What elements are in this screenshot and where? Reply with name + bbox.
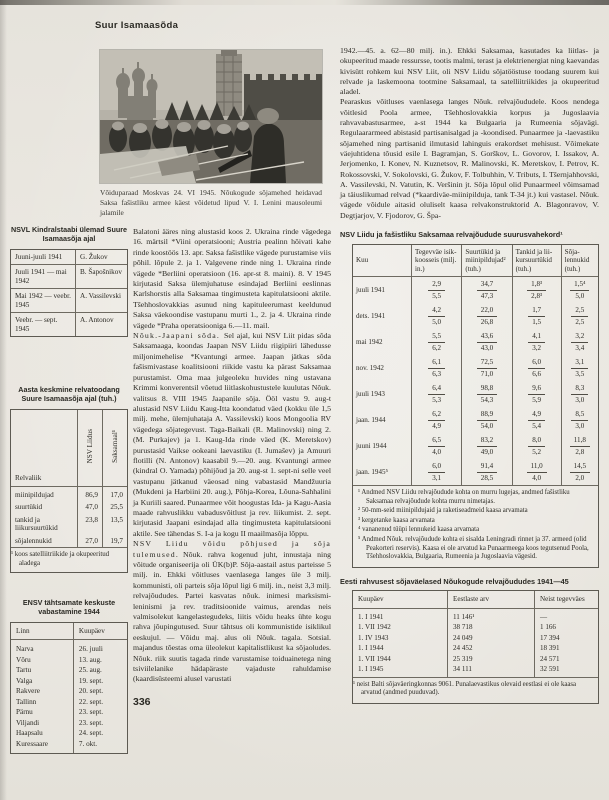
active-cell: 24 571 bbox=[535, 654, 599, 665]
forces-row: mai 19425,56,243,643,04,13,23,23,4 bbox=[353, 329, 598, 355]
table-footnote: ¹ Andmed NSV Liidu relvajõudude kohta on… bbox=[358, 489, 593, 506]
encyclopedia-page: Suur Isamaasõda bbox=[0, 0, 609, 800]
fraction-value: 98,854,3 bbox=[477, 384, 497, 404]
liberation-row: Rakvere20. sept. bbox=[11, 686, 127, 696]
value-cell: 4,95,4 bbox=[512, 407, 561, 433]
germany-value: 54,0 bbox=[477, 421, 497, 431]
fraction-value: 6,24,9 bbox=[428, 410, 445, 430]
fraction-value: 88,954,0 bbox=[477, 410, 497, 430]
city-cell: Kuressaare bbox=[11, 739, 73, 753]
table-footnote: ² 50-mm-seid miinipildujaid ja raketisea… bbox=[358, 507, 593, 516]
ussr-value: 4,1 bbox=[528, 332, 545, 343]
ussr-value: 4,9 bbox=[528, 410, 545, 421]
germany-value: 5,5 bbox=[428, 291, 445, 301]
germany-value: 4,0 bbox=[428, 447, 445, 457]
liberation-row: Haapsalu24. sept. bbox=[11, 728, 127, 738]
ussr-value: 8,0 bbox=[528, 436, 545, 447]
germany-value: 49,0 bbox=[477, 447, 497, 457]
value-cell: 8,05,2 bbox=[512, 433, 561, 459]
fraction-value: 8,53,0 bbox=[571, 410, 588, 430]
estonian-soldiers-row: 1. I 194424 45218 391 bbox=[353, 643, 598, 654]
estonian-soldiers-row: 1. VII 194238 7181 166 bbox=[353, 622, 598, 633]
month-cell: mai 1942 bbox=[353, 329, 412, 355]
date-cell: 22. sept. bbox=[73, 697, 127, 707]
estonian-soldiers-row: 1. I 194111 146¹— bbox=[353, 608, 598, 622]
estonian-soldiers-row: 1. VII 194425 31924 571 bbox=[353, 654, 598, 665]
value-cell: 8,33,0 bbox=[561, 381, 598, 407]
liberation-row: Kuressaare7. okt. bbox=[11, 739, 127, 753]
section-lead: Nõuk.-Jaapani sõda. bbox=[133, 331, 220, 340]
germany-cell: 17,0 bbox=[103, 486, 128, 501]
forces-row: jaan. 19446,24,988,954,04,95,48,53,0 bbox=[353, 407, 598, 433]
value-cell: 11,04,0 bbox=[512, 459, 561, 485]
general-staff-title: NSVL Kindralstaabi ülemad Suure Isamaasõ… bbox=[10, 225, 128, 244]
germany-value: 3,4 bbox=[571, 343, 588, 353]
month-cell: jaan. 1944 bbox=[353, 407, 412, 433]
running-head: Suur Isamaasõda bbox=[95, 20, 178, 31]
liberation-dates-header-row: LinnKuupäev bbox=[11, 623, 127, 640]
fraction-value: 6,54,0 bbox=[428, 436, 445, 456]
fraction-value: 6,03,1 bbox=[428, 462, 445, 482]
month-cell: dets. 1941 bbox=[353, 303, 412, 329]
germany-value: 2,8 bbox=[570, 447, 590, 457]
germany-value: 6,6 bbox=[528, 369, 545, 379]
fraction-value: 3,13,5 bbox=[571, 358, 588, 378]
ussr-value: 8,5 bbox=[571, 410, 588, 421]
rotated-header-label: NSV Liidus bbox=[86, 429, 94, 463]
city-cell: Tallinn bbox=[11, 697, 73, 707]
paragraph-european-war-end: Balatoni ääres ning alustasid koos 2. Uk… bbox=[133, 227, 331, 331]
weapons-production-box: Aasta keskmine relvatoodang Suure Isamaa… bbox=[10, 385, 128, 573]
count-cell: 34 111 bbox=[448, 664, 535, 677]
weapon-type-cell: sõjalennukid bbox=[11, 535, 78, 547]
name-cell: A. Vassilevski bbox=[76, 289, 128, 313]
production-row: sõjalennukid27,019,7 bbox=[11, 535, 127, 547]
fraction-value: 8,05,2 bbox=[528, 436, 545, 456]
ussr-value: 98,8 bbox=[477, 384, 497, 395]
date-cell: 24. sept. bbox=[73, 728, 127, 738]
germany-value: 54,3 bbox=[477, 395, 497, 405]
ussr-value: 6,0 bbox=[428, 462, 445, 473]
fraction-value: 9,65,9 bbox=[528, 384, 545, 404]
paragraph-victory-causes: NSV Liidu võidu põhjused ja sõja tulemus… bbox=[133, 539, 331, 685]
estonian-soldiers-table-caption: Eesti rahvusest sõjaväelased Nõukogude r… bbox=[340, 577, 599, 587]
germany-value: 3,0 bbox=[571, 395, 588, 405]
ussr-value: 43,6 bbox=[477, 332, 497, 343]
ussr-value: 2,9 bbox=[428, 280, 445, 291]
estonian-soldiers-table: KuupäevEestlaste arvNeist tegevväes 1. I… bbox=[352, 590, 599, 704]
general-staff-table: Juuni-juuli 1941G. ŽukovJuuli 1941 — mai… bbox=[10, 249, 128, 337]
ussr-cell: 27,0 bbox=[78, 535, 103, 547]
fraction-value: 14,52,0 bbox=[570, 462, 590, 482]
table-footnote: ³ kergetanke kaasa arvamata bbox=[358, 517, 593, 526]
value-cell: 14,52,0 bbox=[561, 459, 598, 485]
value-cell: 8,53,0 bbox=[561, 407, 598, 433]
table-footnote: ⁵ Andmed Nõuk. relvajõudude kohta ei sis… bbox=[358, 536, 593, 562]
city-cell: Võru bbox=[11, 655, 73, 665]
ussr-value: 5,5 bbox=[428, 332, 445, 343]
germany-cell: 25,5 bbox=[103, 501, 128, 513]
fraction-value: 1,5⁴5,0 bbox=[570, 280, 589, 300]
germany-value: 5,9 bbox=[528, 395, 545, 405]
fraction-value: 4,13,2 bbox=[528, 332, 545, 352]
paragraph-text: Sel ajal, kui NSV Liit pidas sõda Saksam… bbox=[133, 331, 331, 538]
column-header: Linn bbox=[11, 623, 73, 640]
paragraph-commanders: Pearaskus võitluses vaenlasega langes Nõ… bbox=[340, 97, 599, 221]
count-cell: 24 452 bbox=[448, 643, 535, 654]
value-cell: 9,65,9 bbox=[512, 381, 561, 407]
germany-value: 4,9 bbox=[428, 421, 445, 431]
general-staff-box: NSVL Kindralstaabi ülemad Suure Isamaasõ… bbox=[10, 225, 128, 337]
column-header: Sõja­lennu­kid (tuh.) bbox=[561, 245, 598, 277]
germany-value: 4,0 bbox=[527, 473, 547, 483]
fraction-value: 11,04,0 bbox=[527, 462, 547, 482]
ussr-value: 1,5⁴ bbox=[570, 280, 589, 291]
weapons-production-header-row: RelvaliikNSV LiidusSaksamaal¹ bbox=[11, 410, 127, 487]
germany-value: 71,0 bbox=[477, 369, 497, 379]
date-cell: 13. aug. bbox=[73, 655, 127, 665]
value-cell: 22,026,8 bbox=[462, 303, 512, 329]
fraction-value: 2,95,5 bbox=[428, 280, 445, 300]
liberation-dates-box: ENSV tähtsamate keskuste vabastamine 194… bbox=[10, 598, 128, 754]
weapon-type-cell: suurtükid bbox=[11, 501, 78, 513]
liberation-row: Pärnu23. sept. bbox=[11, 707, 127, 717]
date-cell: 1. VII 1944 bbox=[353, 654, 448, 665]
germany-value: 5,0 bbox=[428, 317, 445, 327]
ussr-value: 6,2 bbox=[428, 410, 445, 421]
ussr-value: 2,5 bbox=[571, 306, 588, 317]
value-cell: 91,428,5 bbox=[462, 459, 512, 485]
value-cell: 11,82,8 bbox=[561, 433, 598, 459]
fraction-value: 8,33,0 bbox=[571, 384, 588, 404]
germany-value: 3,0 bbox=[571, 421, 588, 431]
name-cell: G. Žukov bbox=[76, 250, 128, 265]
ussr-cell: 86,9 bbox=[78, 486, 103, 501]
paragraph-war-industry: 1942.—45. a. 62—80 milj. in.). Ehkki Sak… bbox=[340, 46, 599, 97]
germany-cell: 13,5 bbox=[103, 514, 128, 535]
date-cell: 20. sept. bbox=[73, 686, 127, 696]
page-number: 336 bbox=[133, 697, 331, 707]
paragraph-text: Nõuk. rahva kogenud juht, innustaja ning… bbox=[133, 550, 331, 684]
column-header: Kuu bbox=[353, 245, 412, 277]
photo-caption: Võiduparaad Moskvas 24. VI 1945. Nõukogu… bbox=[100, 188, 322, 217]
value-cell: 1,5⁴5,0 bbox=[561, 277, 598, 304]
forces-row: juuli 19436,45,398,854,39,65,98,33,0 bbox=[353, 381, 598, 407]
germany-value: 2,5 bbox=[571, 317, 588, 327]
period-cell: Juuni-juuli 1941 bbox=[11, 250, 76, 265]
active-cell: 18 391 bbox=[535, 643, 599, 654]
paragraph-soviet-japanese-war: Nõuk.-Jaapani sõda.Sel ajal, kui NSV Lii… bbox=[133, 331, 331, 539]
forces-ratio-footnotes: ¹ Andmed NSV Liidu relvajõudude kohta on… bbox=[353, 485, 598, 567]
article-text-column: Balatoni ääres ning alustasid koos 2. Uk… bbox=[133, 227, 331, 707]
fraction-value: 1,8³2,8³ bbox=[527, 280, 546, 300]
city-cell: Pärnu bbox=[11, 707, 73, 717]
city-cell: Rakvere bbox=[11, 686, 73, 696]
scan-edge-artifact-left bbox=[0, 0, 7, 800]
ussr-value: 8,3 bbox=[571, 384, 588, 395]
city-cell: Valga bbox=[11, 676, 73, 686]
fraction-value: 3,23,4 bbox=[571, 332, 588, 352]
column-header: NSV Liidus bbox=[78, 410, 103, 487]
liberation-dates-title: ENSV tähtsamate keskuste vabastamine 194… bbox=[10, 598, 128, 617]
value-cell: 3,13,5 bbox=[561, 355, 598, 381]
period-cell: Mai 1942 — veebr. 1945 bbox=[11, 289, 76, 313]
column-header: Kuupäev bbox=[73, 623, 127, 640]
city-cell: Tartu bbox=[11, 665, 73, 675]
rotated-header-label: Saksamaal¹ bbox=[111, 430, 119, 463]
liberation-row: Tartu25. aug. bbox=[11, 665, 127, 675]
estonian-soldiers-header-row: KuupäevEestlaste arvNeist tegevväes bbox=[353, 591, 598, 608]
ussr-value: 4,2 bbox=[428, 306, 445, 317]
ussr-value: 1,8³ bbox=[527, 280, 546, 291]
weapons-production-table: RelvaliikNSV LiidusSaksamaal¹ miinipildu… bbox=[10, 409, 128, 574]
ussr-value: 6,1 bbox=[428, 358, 445, 369]
date-cell: 26. juuli bbox=[73, 640, 127, 655]
count-cell: 25 319 bbox=[448, 654, 535, 665]
ussr-value: 3,1 bbox=[571, 358, 588, 369]
estonian-soldiers-footnote: ¹ neist Balti sõjaväeringkonnas 9061. Pu… bbox=[353, 677, 598, 702]
city-cell: Haapsalu bbox=[11, 728, 73, 738]
ussr-value: 9,6 bbox=[528, 384, 545, 395]
fraction-value: 72,571,0 bbox=[477, 358, 497, 378]
value-cell: 1,8³2,8³ bbox=[512, 277, 561, 304]
ussr-value: 1,7 bbox=[528, 306, 545, 317]
value-cell: 2,52,5 bbox=[561, 303, 598, 329]
value-cell: 2,95,5 bbox=[412, 277, 462, 304]
ussr-value: 11,8 bbox=[570, 436, 590, 447]
value-cell: 3,23,4 bbox=[561, 329, 598, 355]
ussr-value: 14,5 bbox=[570, 462, 590, 473]
forces-ratio-header-row: KuuTegev­väe isik­koos­seis (milj. in.)S… bbox=[353, 245, 598, 277]
value-cell: 6,16,3 bbox=[412, 355, 462, 381]
liberation-dates-table: LinnKuupäev Narva26. juuliVõru13. aug.Ta… bbox=[10, 622, 128, 754]
fraction-value: 5,56,2 bbox=[428, 332, 445, 352]
fraction-value: 6,06,6 bbox=[528, 358, 545, 378]
date-cell: 1. I 1945 bbox=[353, 664, 448, 677]
value-cell: 98,854,3 bbox=[462, 381, 512, 407]
date-cell: 1. IV 1943 bbox=[353, 633, 448, 644]
fraction-value: 6,45,3 bbox=[428, 384, 445, 404]
fraction-value: 43,643,0 bbox=[477, 332, 497, 352]
value-cell: 83,249,0 bbox=[462, 433, 512, 459]
germany-value: 28,5 bbox=[477, 473, 497, 483]
production-row: suurtükid47,025,5 bbox=[11, 501, 127, 513]
fraction-value: 11,82,8 bbox=[570, 436, 590, 456]
germany-value: 26,8 bbox=[477, 317, 497, 327]
germany-value: 3,5 bbox=[571, 369, 588, 379]
liberation-row: Narva26. juuli bbox=[11, 640, 127, 655]
ussr-value: 6,5 bbox=[428, 436, 445, 447]
column-header: Relvaliik bbox=[11, 410, 78, 487]
value-cell: 43,643,0 bbox=[462, 329, 512, 355]
staff-chief-row: Veebr. — sept. 1945A. Antonov bbox=[11, 313, 127, 336]
ussr-value: 88,9 bbox=[477, 410, 497, 421]
month-cell: nov. 1942 bbox=[353, 355, 412, 381]
photo-frame bbox=[100, 50, 322, 183]
ussr-value: 83,2 bbox=[477, 436, 497, 447]
name-cell: B. Šapošnikov bbox=[76, 265, 128, 289]
active-cell: 1 166 bbox=[535, 622, 599, 633]
count-cell: 38 718 bbox=[448, 622, 535, 633]
active-cell: 17 394 bbox=[535, 633, 599, 644]
germany-value: 3,2 bbox=[528, 343, 545, 353]
count-cell: 11 146¹ bbox=[448, 608, 535, 622]
date-cell: 25. aug. bbox=[73, 665, 127, 675]
forces-row: dets. 19414,25,022,026,81,71,52,52,5 bbox=[353, 303, 598, 329]
value-cell: 4,25,0 bbox=[412, 303, 462, 329]
name-cell: A. Antonov bbox=[76, 313, 128, 336]
fraction-value: 6,16,3 bbox=[428, 358, 445, 378]
production-row: tankid ja liikursuurtükid23,813,5 bbox=[11, 514, 127, 535]
estonian-soldiers-row: 1. IV 194324 04917 394 bbox=[353, 633, 598, 644]
ussr-cell: 23,8 bbox=[78, 514, 103, 535]
column-header: Neist tegevväes bbox=[535, 591, 599, 608]
production-row: miinipildujad86,917,0 bbox=[11, 486, 127, 501]
forces-row: juuni 19446,54,083,249,08,05,211,82,8 bbox=[353, 433, 598, 459]
date-cell: 23. sept. bbox=[73, 718, 127, 728]
active-cell: — bbox=[535, 608, 599, 622]
fraction-value: 2,52,5 bbox=[571, 306, 588, 326]
value-cell: 72,571,0 bbox=[462, 355, 512, 381]
germany-value: 5,4 bbox=[528, 421, 545, 431]
ussr-value: 91,4 bbox=[477, 462, 497, 473]
month-cell: jaan. 1945⁵ bbox=[353, 459, 412, 485]
forces-ratio-table-caption: NSV Liidu ja fašistliku Saksamaa relvajõ… bbox=[340, 230, 599, 240]
germany-value: 43,0 bbox=[477, 343, 497, 353]
paragraph-text: Balatoni ääres ning alustasid koos 2. Uk… bbox=[133, 227, 331, 330]
ussr-value: 72,5 bbox=[477, 358, 497, 369]
germany-value: 2,0 bbox=[570, 473, 590, 483]
weapons-production-title: Aasta keskmine relvatoodang Suure Isamaa… bbox=[10, 385, 128, 404]
column-header: Saksamaal¹ bbox=[103, 410, 128, 487]
germany-value: 6,2 bbox=[428, 343, 445, 353]
germany-value: 3,1 bbox=[428, 473, 445, 483]
date-cell: 1. I 1944 bbox=[353, 643, 448, 654]
column-header: Tegev­väe isik­koos­seis (milj. in.) bbox=[412, 245, 462, 277]
fraction-value: 91,428,5 bbox=[477, 462, 497, 482]
period-cell: Veebr. — sept. 1945 bbox=[11, 313, 76, 336]
liberation-row: Tallinn22. sept. bbox=[11, 697, 127, 707]
germany-value: 2,8³ bbox=[527, 291, 546, 301]
ussr-value: 22,0 bbox=[477, 306, 497, 317]
month-cell: juuli 1941 bbox=[353, 277, 412, 304]
fraction-value: 4,25,0 bbox=[428, 306, 445, 326]
germany-value: 5,3 bbox=[428, 395, 445, 405]
weapons-production-footnote: ¹ koos satelliitriikide ja okupeeritud a… bbox=[11, 547, 127, 571]
forces-row: jaan. 1945⁵6,03,191,428,511,04,014,52,0 bbox=[353, 459, 598, 485]
staff-chief-row: Juuni-juuli 1941G. Žukov bbox=[11, 250, 127, 265]
germany-value: 6,3 bbox=[428, 369, 445, 379]
count-cell: 24 049 bbox=[448, 633, 535, 644]
staff-chief-row: Mai 1942 — veebr. 1945A. Vassilevski bbox=[11, 289, 127, 313]
ussr-value: 11,0 bbox=[527, 462, 547, 473]
victory-parade-photo-image bbox=[100, 50, 322, 183]
value-cell: 1,71,5 bbox=[512, 303, 561, 329]
liberation-row: Viljandi23. sept. bbox=[11, 718, 127, 728]
fraction-value: 1,71,5 bbox=[528, 306, 545, 326]
forces-row: juuli 19412,95,534,747,31,8³2,8³1,5⁴5,0 bbox=[353, 277, 598, 304]
value-cell: 4,13,2 bbox=[512, 329, 561, 355]
fraction-value: 83,249,0 bbox=[477, 436, 497, 456]
value-cell: 6,54,0 bbox=[412, 433, 462, 459]
active-cell: 32 591 bbox=[535, 664, 599, 677]
period-cell: Juuli 1941 — mai 1942 bbox=[11, 265, 76, 289]
germany-value: 1,5 bbox=[528, 317, 545, 327]
staff-chief-row: Juuli 1941 — mai 1942B. Šapošnikov bbox=[11, 265, 127, 289]
value-cell: 34,747,3 bbox=[462, 277, 512, 304]
forces-ratio-table: KuuTegev­väe isik­koos­seis (milj. in.)S… bbox=[352, 244, 599, 568]
germany-value: 5,0 bbox=[570, 291, 589, 301]
fraction-value: 4,95,4 bbox=[528, 410, 545, 430]
ussr-value: 6,0 bbox=[528, 358, 545, 369]
column-header: Tankid ja lii­kur­suur­tükid (tuh.) bbox=[512, 245, 561, 277]
city-cell: Viljandi bbox=[11, 718, 73, 728]
ussr-value: 6,4 bbox=[428, 384, 445, 395]
value-cell: 6,45,3 bbox=[412, 381, 462, 407]
table-footnote: ⁴ vananenud tüüpi lennukeid kaasa arvama… bbox=[358, 526, 593, 535]
germany-value: 47,3 bbox=[477, 291, 497, 301]
ussr-value: 34,7 bbox=[477, 280, 497, 291]
germany-value: 5,2 bbox=[528, 447, 545, 457]
column-header: Suur­tükid ja miini­pildu­jad² (tuh.) bbox=[462, 245, 512, 277]
value-cell: 6,03,1 bbox=[412, 459, 462, 485]
city-cell: Narva bbox=[11, 640, 73, 655]
fraction-value: 34,747,3 bbox=[477, 280, 497, 300]
value-cell: 5,56,2 bbox=[412, 329, 462, 355]
estonian-soldiers-row: 1. I 194534 11132 591 bbox=[353, 664, 598, 677]
date-cell: 1. VII 1942 bbox=[353, 622, 448, 633]
scaffolded-tower bbox=[216, 50, 242, 116]
value-cell: 6,24,9 bbox=[412, 407, 462, 433]
date-cell: 19. sept. bbox=[73, 676, 127, 686]
date-cell: 7. okt. bbox=[73, 739, 127, 753]
ussr-value: 3,2 bbox=[571, 332, 588, 343]
liberation-row: Valga19. sept. bbox=[11, 676, 127, 686]
month-cell: juuni 1944 bbox=[353, 433, 412, 459]
liberation-row: Võru13. aug. bbox=[11, 655, 127, 665]
victory-parade-photo: Võiduparaad Moskvas 24. VI 1945. Nõukogu… bbox=[100, 50, 322, 217]
column-header: Kuupäev bbox=[353, 591, 448, 608]
fraction-value: 22,026,8 bbox=[477, 306, 497, 326]
germany-cell: 19,7 bbox=[103, 535, 128, 547]
weapon-type-cell: tankid ja liikursuurtükid bbox=[11, 514, 78, 535]
date-cell: 1. I 1941 bbox=[353, 608, 448, 622]
month-cell: juuli 1943 bbox=[353, 381, 412, 407]
value-cell: 6,06,6 bbox=[512, 355, 561, 381]
ussr-cell: 47,0 bbox=[78, 501, 103, 513]
scan-edge-artifact-top bbox=[0, 0, 609, 5]
date-cell: 23. sept. bbox=[73, 707, 127, 717]
forces-row: nov. 19426,16,372,571,06,06,63,13,5 bbox=[353, 355, 598, 381]
right-column: 1942.—45. a. 62—80 milj. in.). Ehkki Sak… bbox=[340, 46, 599, 704]
weapon-type-cell: miinipildujad bbox=[11, 486, 78, 501]
column-header: Eestlaste arv bbox=[448, 591, 535, 608]
value-cell: 88,954,0 bbox=[462, 407, 512, 433]
